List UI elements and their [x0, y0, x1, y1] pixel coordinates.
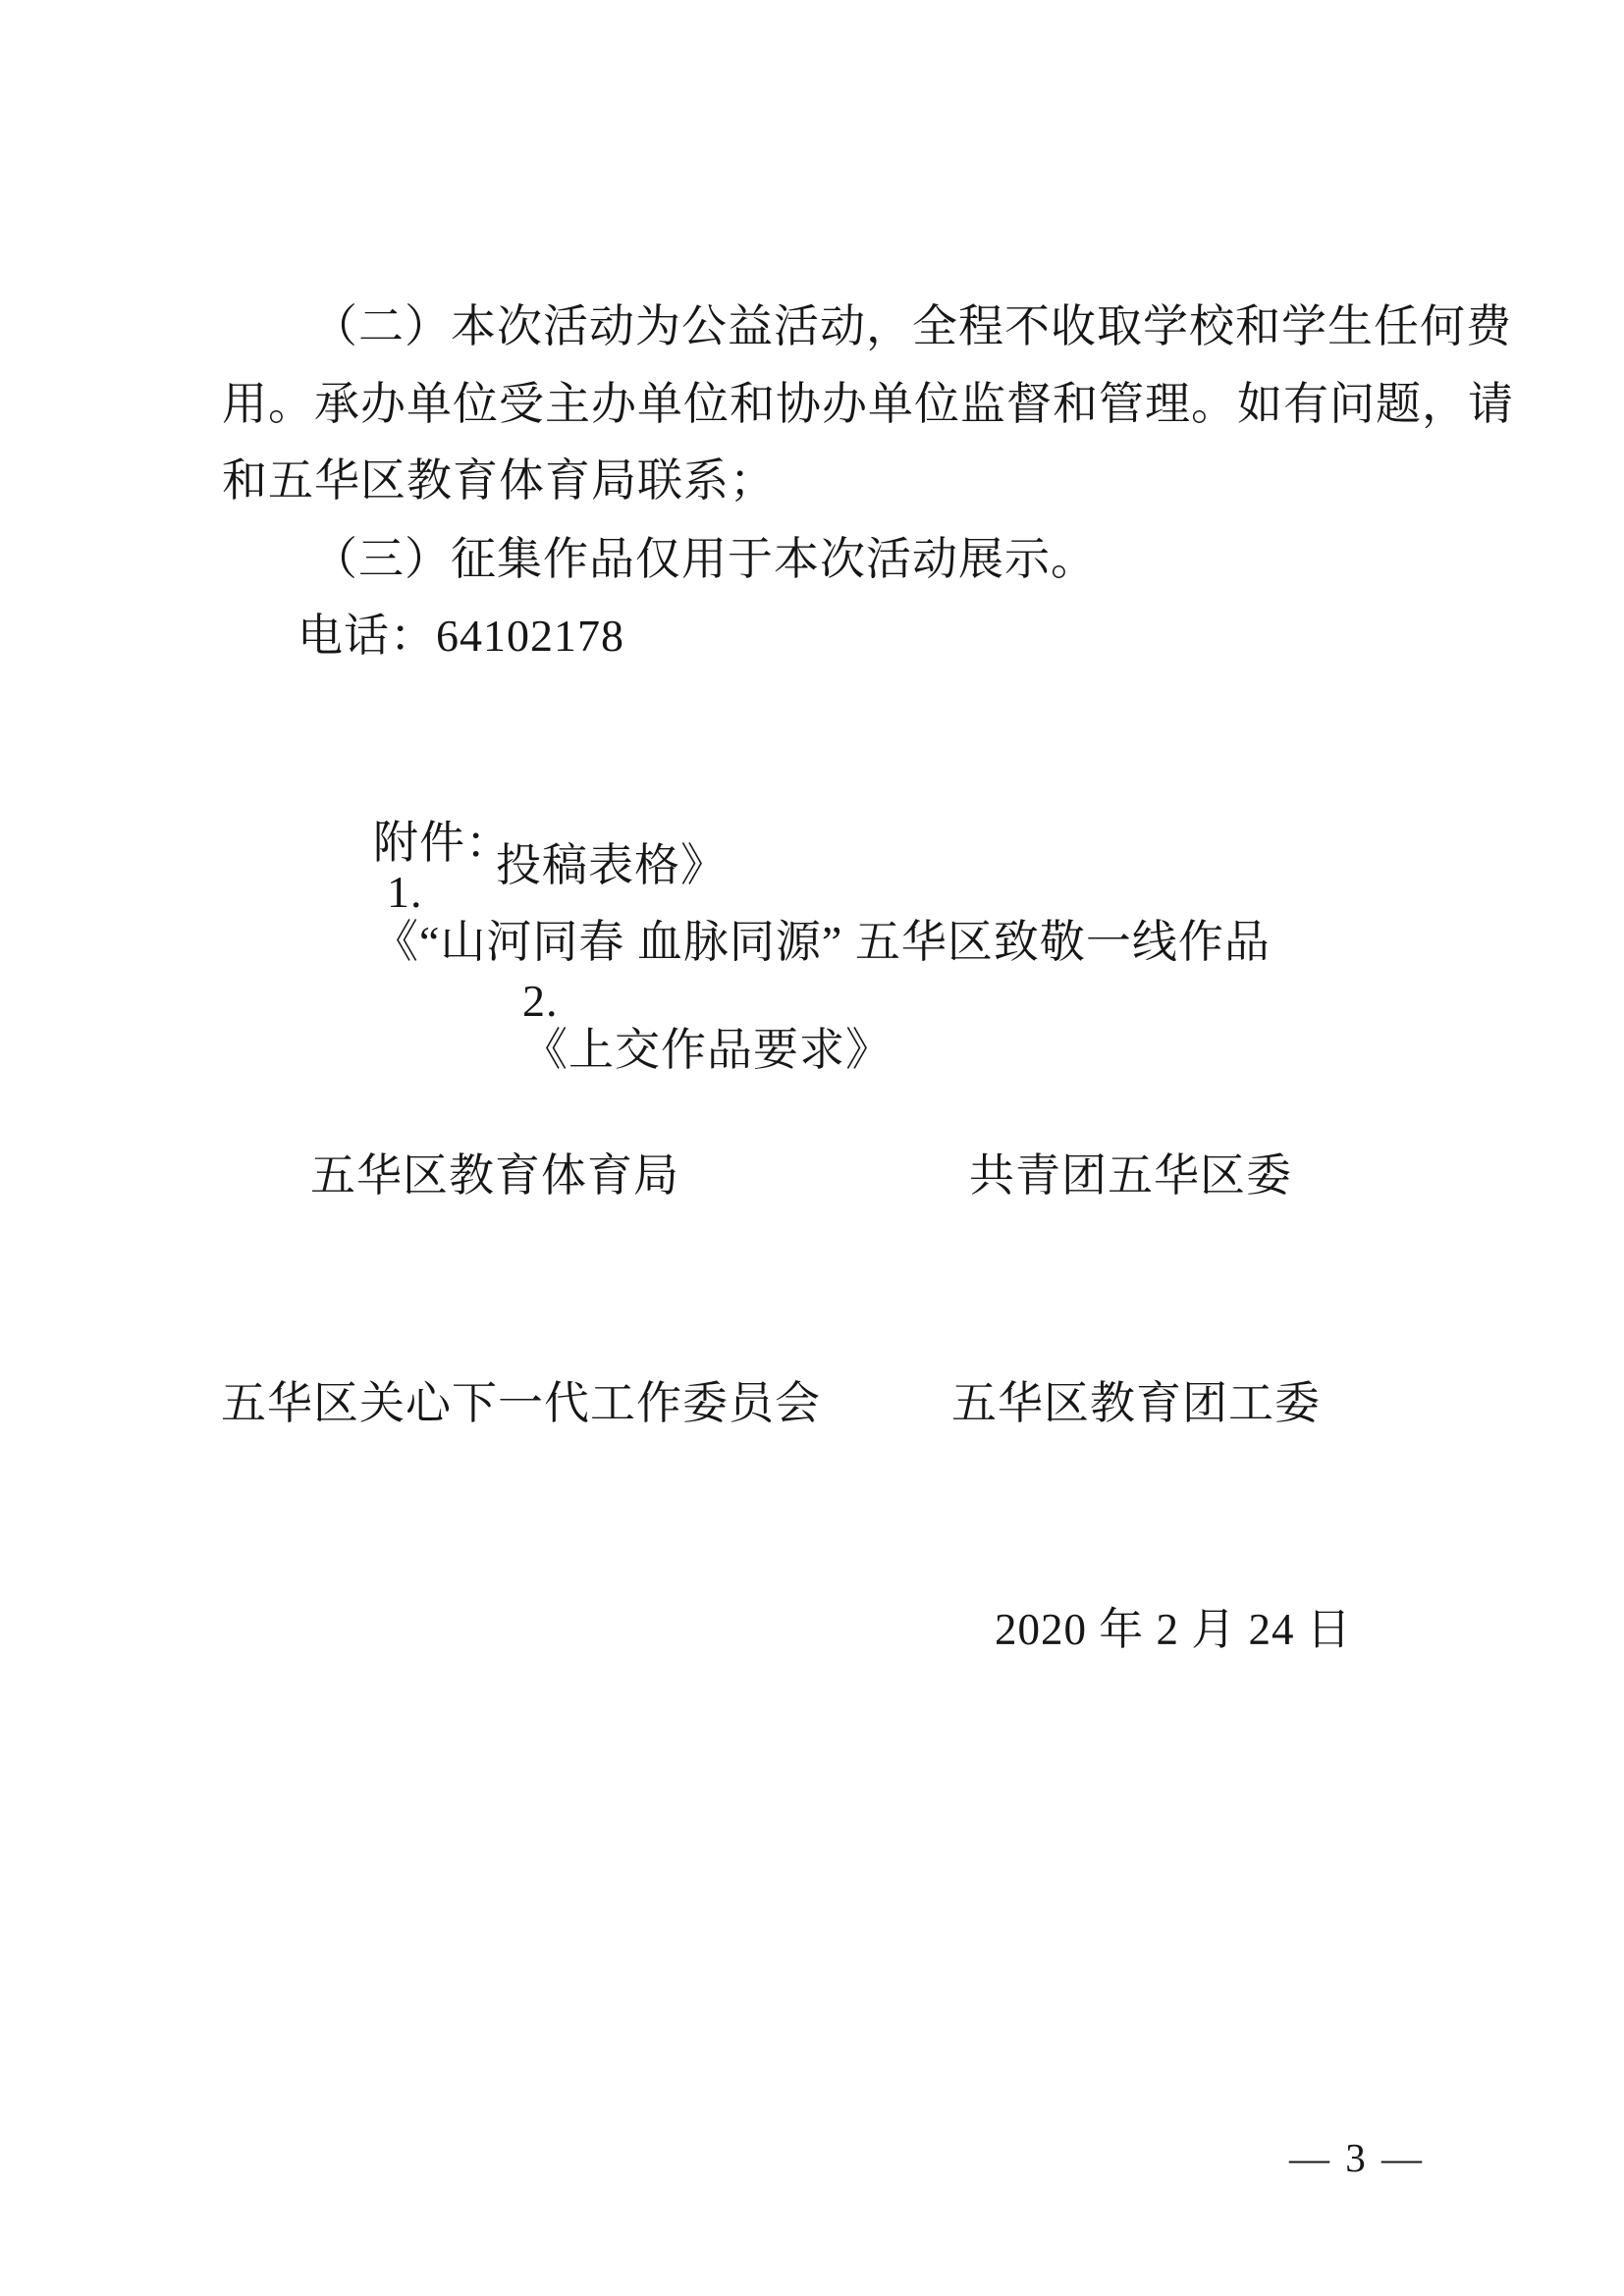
- clause-2-line-2: 用。承办单位受主办单位和协办单位监督和管理。如有问题，请: [222, 380, 1514, 430]
- attachment-label: 附件：: [373, 818, 512, 868]
- attachment-1-number: 1.: [387, 867, 423, 917]
- attachment-2-number: 2.: [522, 976, 559, 1026]
- signature-org-education-league-committee: 五华区教育团工委: [951, 1379, 1321, 1429]
- signature-org-youth-league-committee: 共青团五华区委: [969, 1151, 1292, 1201]
- clause-2-line-1: （二）本次活动为公益活动，全程不收取学校和学生任何费: [312, 302, 1512, 352]
- phone-line: 电话：64102178: [298, 612, 624, 662]
- signature-org-education-sports-bureau: 五华区教育体育局: [310, 1151, 679, 1201]
- clause-2-line-3: 和五华区教育体育局联系；: [222, 456, 776, 507]
- attachment-2-title: 《上交作品要求》: [522, 1025, 892, 1075]
- clause-3-line: （三）征集作品仅用于本次活动展示。: [312, 535, 1097, 585]
- attachment-1-title-line-2: 投稿表格》: [496, 841, 727, 891]
- document-date: 2020 年 2 月 24 日: [995, 1606, 1352, 1655]
- signature-org-next-generation-committee: 五华区关心下一代工作委员会: [221, 1379, 821, 1429]
- page-number: — 3 —: [1289, 2136, 1425, 2180]
- attachment-row-2: 2. 《上交作品要求》: [473, 927, 892, 1125]
- document-page: （二）本次活动为公益活动，全程不收取学校和学生任何费 用。承办单位受主办单位和协…: [0, 0, 1624, 2296]
